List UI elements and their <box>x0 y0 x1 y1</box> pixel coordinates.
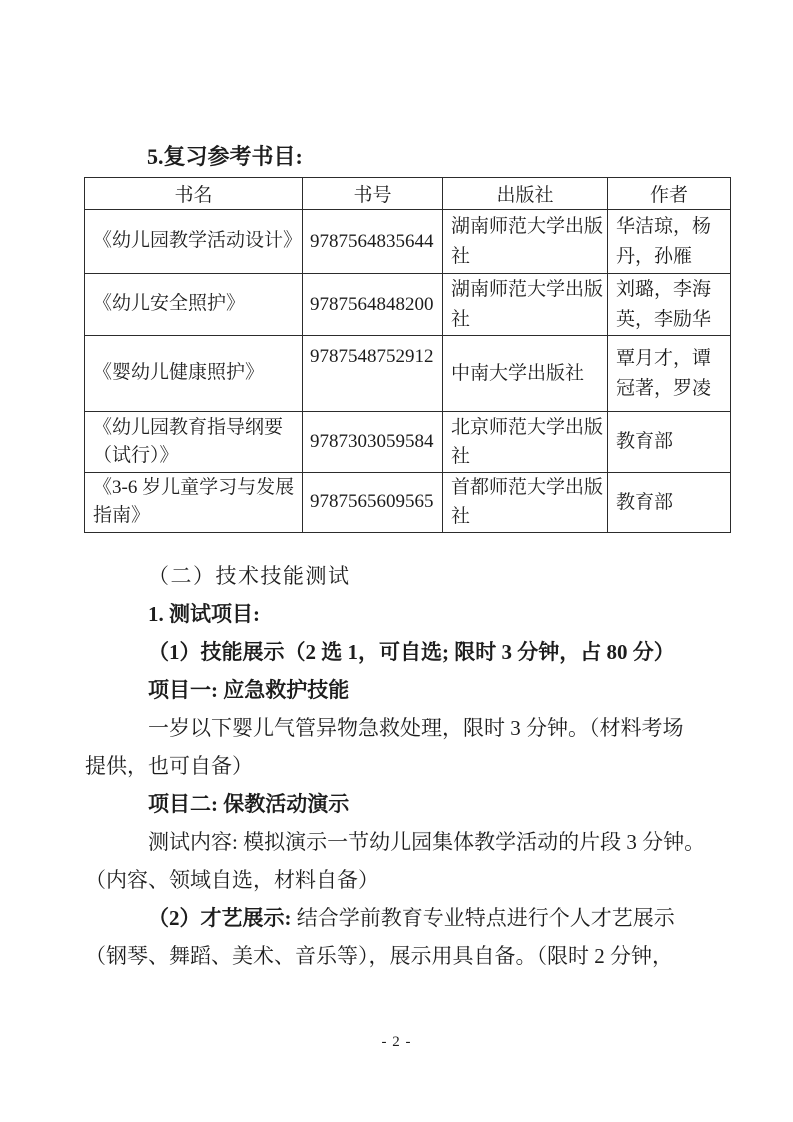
reference-books-table: 书名 书号 出版社 作者 《幼儿园教学活动设计》 9787564835644 湖… <box>84 177 731 533</box>
skill-demo-heading: （1）技能展示（2 选 1，可自选; 限时 3 分钟，占 80 分） <box>85 633 745 671</box>
table-row: 《幼儿园教学活动设计》 9787564835644 湖南师范大学出版社 华洁琼，… <box>85 210 731 274</box>
project2-text-line2: （内容、领域自选，材料自备） <box>85 861 745 899</box>
book-isbn: 9787564835644 <box>303 210 443 274</box>
column-header-author: 作者 <box>608 178 731 210</box>
table-row: 《幼儿园教育指导纲要（试行）》 9787303059584 北京师范大学出版社 … <box>85 412 731 473</box>
book-publisher: 湖南师范大学出版社 <box>443 210 608 274</box>
book-isbn: 9787565609565 <box>303 473 443 533</box>
book-authors: 华洁琼，杨丹，孙雁 <box>608 210 731 274</box>
book-title: 《幼儿安全照护》 <box>85 274 303 336</box>
table-header-row: 书名 书号 出版社 作者 <box>85 178 731 210</box>
book-title: 《幼儿园教学活动设计》 <box>85 210 303 274</box>
bibliography-heading: 5.复习参考书目: <box>147 140 303 171</box>
talent-show-text: 结合学前教育专业特点进行个人才艺展示 <box>297 906 675 930</box>
test-projects-heading: 1. 测试项目: <box>85 595 745 633</box>
column-header-isbn: 书号 <box>303 178 443 210</box>
project2-text-line1: 测试内容: 模拟演示一节幼儿园集体教学活动的片段 3 分钟。 <box>85 823 745 861</box>
table-row: 《3-6 岁儿童学习与发展指南》 9787565609565 首都师范大学出版社… <box>85 473 731 533</box>
page-number: - 2 - <box>0 1034 793 1051</box>
column-header-book-title: 书名 <box>85 178 303 210</box>
project1-text-line1: 一岁以下婴儿气管异物急救处理，限时 3 分钟。（材料考场 <box>85 709 745 747</box>
project1-heading: 项目一: 应急救护技能 <box>85 671 745 709</box>
book-title: 《幼儿园教育指导纲要（试行）》 <box>85 412 303 473</box>
table-row: 《幼儿安全照护》 9787564848200 湖南师范大学出版社 刘璐，李海英，… <box>85 274 731 336</box>
body-text-block: （二）技术技能测试 1. 测试项目: （1）技能展示（2 选 1，可自选; 限时… <box>85 557 745 975</box>
column-header-publisher: 出版社 <box>443 178 608 210</box>
project2-heading: 项目二: 保教活动演示 <box>85 785 745 823</box>
book-title: 《3-6 岁儿童学习与发展指南》 <box>85 473 303 533</box>
book-publisher: 湖南师范大学出版社 <box>443 274 608 336</box>
talent-show-line2: （钢琴、舞蹈、美术、音乐等），展示用具自备。（限时 2 分钟， <box>85 937 745 975</box>
book-publisher: 首都师范大学出版社 <box>443 473 608 533</box>
book-isbn: 9787303059584 <box>303 412 443 473</box>
talent-show-line1: （2）才艺展示: 结合学前教育专业特点进行个人才艺展示 <box>85 899 745 937</box>
book-authors: 刘璐，李海英，李励华 <box>608 274 731 336</box>
book-isbn: 9787564848200 <box>303 274 443 336</box>
book-publisher: 北京师范大学出版社 <box>443 412 608 473</box>
document-page: 5.复习参考书目: 书名 书号 出版社 作者 《幼儿园教学活动设计》 97875… <box>0 0 793 1122</box>
project1-text-line2: 提供，也可自备） <box>85 747 745 785</box>
book-publisher: 中南大学出版社 <box>443 336 608 412</box>
book-authors: 覃月才，谭冠著，罗凌 <box>608 336 731 412</box>
table-row: 《婴幼儿健康照护》 9787548752912 中南大学出版社 覃月才，谭冠著，… <box>85 336 731 412</box>
book-isbn: 9787548752912 <box>303 336 443 412</box>
talent-show-heading: （2）才艺展示: <box>148 906 297 930</box>
book-authors: 教育部 <box>608 473 731 533</box>
book-title: 《婴幼儿健康照护》 <box>85 336 303 412</box>
section-heading-skill-test: （二）技术技能测试 <box>85 557 745 595</box>
book-authors: 教育部 <box>608 412 731 473</box>
